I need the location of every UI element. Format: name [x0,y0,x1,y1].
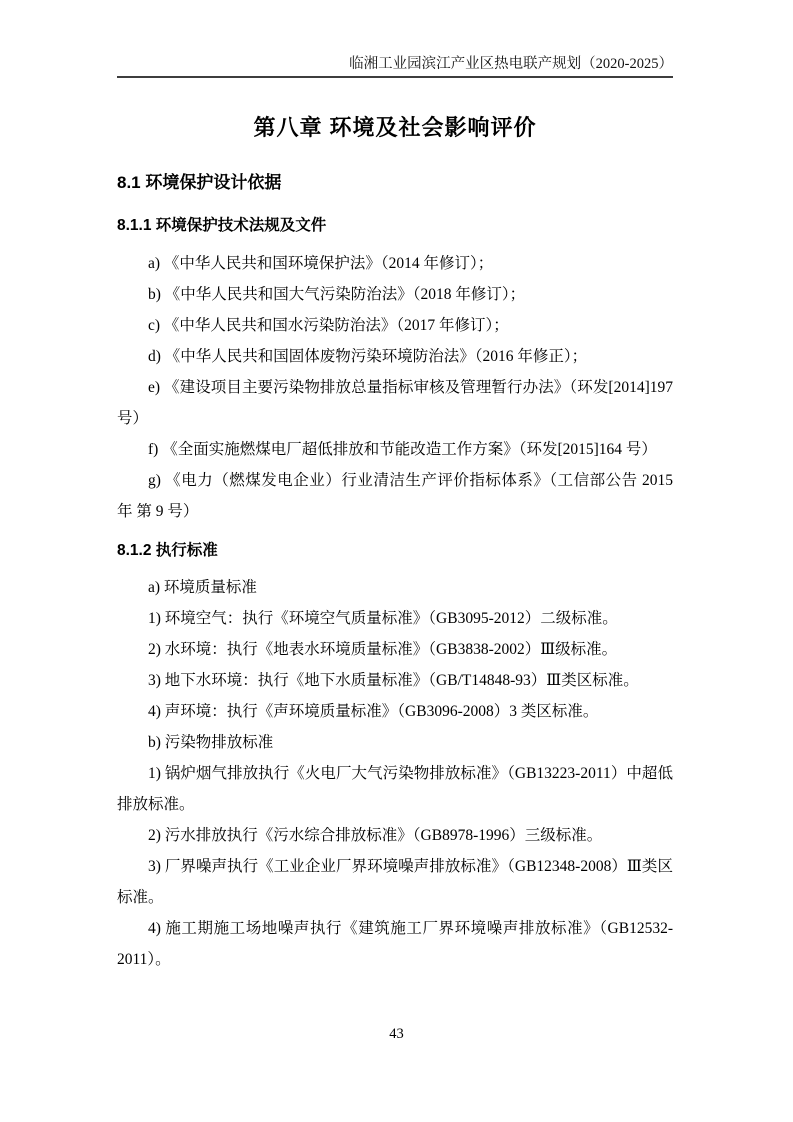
legal-item: b) 《中华人民共和国大气污染防治法》（2018 年修订）； [117,279,673,310]
document-page: 临湘工业园滨江产业区热电联产规划（2020-2025） 第八章 环境及社会影响评… [0,0,793,1122]
legal-item: a) 《中华人民共和国环境保护法》（2014 年修订）； [117,248,673,279]
standard-item: 1) 锅炉烟气排放执行《火电厂大气污染物排放标准》（GB13223-2011）中… [117,758,673,820]
standard-item: 4) 施工期施工场地噪声执行《建筑施工厂界环境噪声排放标准》（GB12532-2… [117,913,673,975]
standard-item: b) 污染物排放标准 [117,727,673,758]
legal-item: e) 《建设项目主要污染物排放总量指标审核及管理暂行办法》（环发[2014]19… [117,372,673,434]
standard-item: 3) 厂界噪声执行《工业企业厂界环境噪声排放标准》（GB12348-2008）Ⅲ… [117,851,673,913]
legal-items-list: a) 《中华人民共和国环境保护法》（2014 年修订）； b) 《中华人民共和国… [117,248,673,527]
legal-item: f) 《全面实施燃煤电厂超低排放和节能改造工作方案》（环发[2015]164 号… [117,434,673,465]
section-heading-8-1: 8.1 环境保护设计依据 [117,172,673,194]
standard-item: 4) 声环境：执行《声环境质量标准》（GB3096-2008）3 类区标准。 [117,696,673,727]
legal-item: c) 《中华人民共和国水污染防治法》（2017 年修订）； [117,310,673,341]
header-title: 临湘工业园滨江产业区热电联产规划（2020-2025） [349,56,673,72]
standard-item: 2) 污水排放执行《污水综合排放标准》（GB8978-1996）三级标准。 [117,820,673,851]
page-header: 临湘工业园滨江产业区热电联产规划（2020-2025） [117,56,673,78]
standard-item: 2) 水环境：执行《地表水环境质量标准》（GB3838-2002）Ⅲ级标准。 [117,634,673,665]
page-number: 43 [0,1027,793,1042]
standard-item: 1) 环境空气：执行《环境空气质量标准》（GB3095-2012）二级标准。 [117,603,673,634]
chapter-title: 第八章 环境及社会影响评价 [117,114,673,142]
standard-item: a) 环境质量标准 [117,572,673,603]
standard-item: 3) 地下水环境：执行《地下水质量标准》（GB/T14848-93）Ⅲ类区标准。 [117,665,673,696]
legal-item: g) 《电力（燃煤发电企业）行业清洁生产评价指标体系》（工信部公告 2015 年… [117,465,673,527]
subsection-heading-8-1-2: 8.1.2 执行标准 [117,541,673,561]
standard-items-list: a) 环境质量标准 1) 环境空气：执行《环境空气质量标准》（GB3095-20… [117,572,673,975]
legal-item: d) 《中华人民共和国固体废物污染环境防治法》（2016 年修正）； [117,341,673,372]
page-content: 第八章 环境及社会影响评价 8.1 环境保护设计依据 8.1.1 环境保护技术法… [117,104,673,975]
subsection-heading-8-1-1: 8.1.1 环境保护技术法规及文件 [117,216,673,236]
